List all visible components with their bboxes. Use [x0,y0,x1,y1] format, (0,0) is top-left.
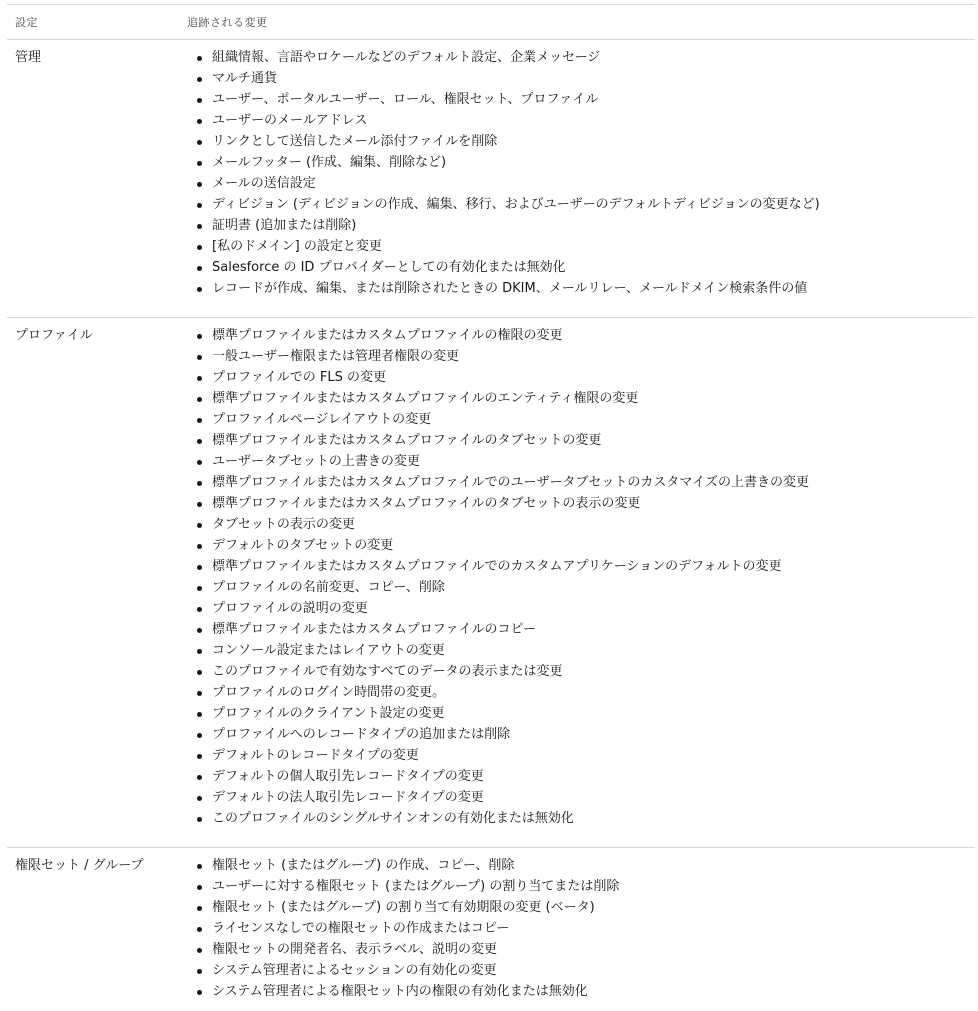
list-item: コンソール設定またはレイアウトの変更 [212,640,975,661]
list-item: Salesforce の ID プロバイダーとしての有効化または無効化 [212,257,975,278]
changes-cell: 組織情報、言語やロケールなどのデフォルト設定、企業メッセージ マルチ通貨 ユーザ… [179,40,975,318]
list-item: リンクとして送信したメール添付ファイルを削除 [212,131,975,152]
list-item: 権限セット (またはグループ) の割り当て有効期限の変更 (ベータ) [212,897,975,918]
list-item: 標準プロファイルまたはカスタムプロファイルのエンティティ権限の変更 [212,388,975,409]
list-item: 組織情報、言語やロケールなどのデフォルト設定、企業メッセージ [212,47,975,68]
list-item: このプロファイルのシングルサインオンの有効化または無効化 [212,808,975,829]
list-item: プロファイルの説明の変更 [212,598,975,619]
list-item: ライセンスなしでの権限セットの作成またはコピー [212,918,975,939]
list-item: デフォルトの個人取引先レコードタイプの変更 [212,766,975,787]
list-item: ディビジョン (ディビジョンの作成、編集、移行、およびユーザーのデフォルトディビ… [212,194,975,215]
table-header: 設定 追跡される変更 [7,5,975,40]
list-item: 権限セット (またはグループ) の作成、コピー、削除 [212,855,975,876]
changes-cell: 標準プロファイルまたはカスタムプロファイルの権限の変更 一般ユーザー権限または管… [179,318,975,848]
setting-name-cell: 権限セット / グループ [7,848,179,1003]
list-item: 標準プロファイルまたはカスタムプロファイルのタブセットの表示の変更 [212,493,975,514]
list-item: 権限セットの開発者名、表示ラベル、説明の変更 [212,939,975,960]
setting-name-cell: プロファイル [7,318,179,848]
list-item: 標準プロファイルまたはカスタムプロファイルの権限の変更 [212,325,975,346]
change-list: 標準プロファイルまたはカスタムプロファイルの権限の変更 一般ユーザー権限または管… [187,325,975,829]
list-item: [私のドメイン] の設定と変更 [212,236,975,257]
list-item: プロファイルのクライアント設定の変更 [212,703,975,724]
list-item: ユーザーに対する権限セット (またはグループ) の割り当てまたは削除 [212,876,975,897]
list-item: メールフッター (作成、編集、削除など) [212,152,975,173]
list-item: デフォルトのタブセットの変更 [212,535,975,556]
list-item: レコードが作成、編集、または削除されたときの DKIM、メールリレー、メールドメ… [212,278,975,299]
tracked-changes-table: 設定 追跡される変更 管理 組織情報、言語やロケールなどのデフォルト設定、企業メ… [7,4,975,1002]
list-item: ユーザータブセットの上書きの変更 [212,451,975,472]
list-item: タブセットの表示の変更 [212,514,975,535]
list-item: プロファイルの名前変更、コピー、削除 [212,577,975,598]
list-item: デフォルトのレコードタイプの変更 [212,745,975,766]
list-item: 標準プロファイルまたはカスタムプロファイルのタブセットの変更 [212,430,975,451]
header-row: 設定 追跡される変更 [7,5,975,40]
list-item: プロファイルへのレコードタイプの追加または削除 [212,724,975,745]
table-row-administration: 管理 組織情報、言語やロケールなどのデフォルト設定、企業メッセージ マルチ通貨 … [7,40,975,318]
list-item: メールの送信設定 [212,173,975,194]
list-item: プロファイルページレイアウトの変更 [212,409,975,430]
list-item: 標準プロファイルまたはカスタムプロファイルでのユーザータブセットのカスタマイズの… [212,472,975,493]
table-row-profiles: プロファイル 標準プロファイルまたはカスタムプロファイルの権限の変更 一般ユーザ… [7,318,975,848]
list-item: システム管理者によるセッションの有効化の変更 [212,960,975,981]
table-body: 管理 組織情報、言語やロケールなどのデフォルト設定、企業メッセージ マルチ通貨 … [7,40,975,1003]
change-list: 権限セット (またはグループ) の作成、コピー、削除 ユーザーに対する権限セット… [187,855,975,1002]
list-item: プロファイルでの FLS の変更 [212,367,975,388]
list-item: プロファイルのログイン時間帯の変更。 [212,682,975,703]
changes-cell: 権限セット (またはグループ) の作成、コピー、削除 ユーザーに対する権限セット… [179,848,975,1003]
setting-name-cell: 管理 [7,40,179,318]
list-item: このプロファイルで有効なすべてのデータの表示または変更 [212,661,975,682]
list-item: デフォルトの法人取引先レコードタイプの変更 [212,787,975,808]
list-item: 標準プロファイルまたはカスタムプロファイルのコピー [212,619,975,640]
column-header-tracked-changes: 追跡される変更 [179,5,975,40]
list-item: 標準プロファイルまたはカスタムプロファイルでのカスタムアプリケーションのデフォル… [212,556,975,577]
list-item: システム管理者による権限セット内の権限の有効化または無効化 [212,981,975,1002]
list-item: ユーザー、ポータルユーザー、ロール、権限セット、プロファイル [212,89,975,110]
table-row-permission-sets: 権限セット / グループ 権限セット (またはグループ) の作成、コピー、削除 … [7,848,975,1003]
list-item: ユーザーのメールアドレス [212,110,975,131]
column-header-setting: 設定 [7,5,179,40]
setup-audit-table-container: 設定 追跡される変更 管理 組織情報、言語やロケールなどのデフォルト設定、企業メ… [7,4,975,1002]
list-item: マルチ通貨 [212,68,975,89]
list-item: 一般ユーザー権限または管理者権限の変更 [212,346,975,367]
list-item: 証明書 (追加または削除) [212,215,975,236]
change-list: 組織情報、言語やロケールなどのデフォルト設定、企業メッセージ マルチ通貨 ユーザ… [187,47,975,299]
